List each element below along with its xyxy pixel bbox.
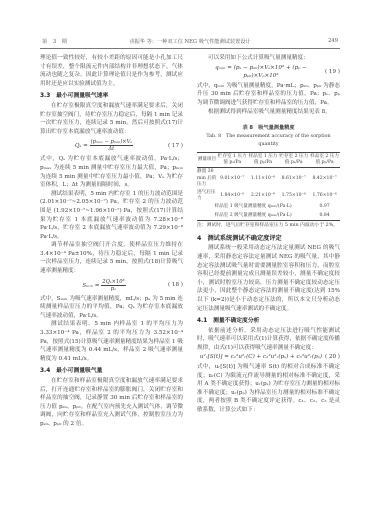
- table-summary-row: 样品室 2 吸气量测量精度 qₘᵢₙ/(Pa·L) 0.84: [197, 212, 340, 221]
- paragraph: 理论值一致性较好，有较小差距的原因可能是小孔加工尺寸有误差，整个限流元件内部结构…: [40, 54, 183, 88]
- table-cell: 1.76×10⁻⁶: [309, 189, 340, 203]
- equation-number: ( 20 ): [325, 353, 340, 362]
- table-cell: 2.21×10⁻⁶: [248, 189, 279, 203]
- left-column: 理论值一致性较好，有较小差距的原因可能是小孔加工尺寸有误差，整个限流元件内部结构…: [40, 54, 183, 429]
- column-header: 样品室 2 压力值 pₚ/Pa: [309, 152, 340, 167]
- paragraph: 测试结果表明，5 min 内样品室 1 的平均压力为 3.33×10⁻⁴ Pa，…: [40, 320, 183, 363]
- equation-number: ( 19 ): [325, 68, 340, 77]
- column-header: 贮存室 2 压力值 pₛ/Pa: [278, 152, 309, 167]
- table-cell: 1.84×10⁻⁶: [217, 189, 248, 203]
- row-label: 进气后压力: [197, 189, 217, 203]
- running-header: 第 3 期 戎振华 等：一种双工位 NEG 吸气性能测试装置设计 249: [40, 37, 340, 49]
- right-column: 可以采用如下公式计算吸气量测量精度： qₘᵢₙ = (pₛ − pₛ₀)×Vₛ×…: [197, 54, 340, 415]
- section-heading-3-3: 3.3 最小可测量吸气速率: [40, 92, 183, 101]
- fraction: 2Qₛ×10³ pₐ: [101, 279, 125, 292]
- paragraph: 在贮存室极限真空度和漏放气速率满足要求后，关闭贮存室抽空阀门，待贮存室压力稳定后…: [40, 102, 183, 136]
- equation-18: Sₘᵢₙ = 2Qₛ×10³ pₐ ( 18 ): [40, 277, 183, 294]
- denominator: pₐ: [111, 286, 116, 292]
- table-note: 注：测试时，进气后贮存室和样品室压力 5 min 内波动小于 2%。: [197, 222, 340, 229]
- paragraph: 式中，uᵣ[S(t)] 为吸气速率 S(t) 的相对合成标准不确定度；uᵣ(C)…: [197, 363, 340, 415]
- equation-19: qₘᵢₙ = (pₛ − pₛ₀)×Vₛ×10³ + (pₚ − pₚ₀)×Vₚ…: [197, 64, 340, 81]
- column-header: 样品室 1 压力值 pₚ/Pa: [248, 152, 279, 167]
- summary-label: 样品室 2 吸气量测量精度 qₘᵢₙ/(Pa·L): [197, 212, 309, 221]
- paragraph: 式中，qₘᵢₙ 为吸气量测量精度，Pa·mL；pₛ₀、pₚ₀ 为静态升压 30 …: [197, 82, 340, 108]
- page-number: 249: [328, 38, 338, 44]
- table-caption: 表 8 吸气量测量精度: [197, 124, 340, 133]
- running-title: 戎振华 等：一种双工位 NEG 吸气性能测试装置设计: [40, 38, 340, 45]
- paragraph: 测试系统一般采用动态定压法定量测试 NEG 的吸气速率，采用静态定容法定量测试 …: [197, 244, 340, 313]
- denominator: Δt: [108, 146, 114, 152]
- paragraph: 式中，Sₘᵢₙ 为吸气速率测量精度，mL/s；pₐ 为 5 min 连续测量样品…: [40, 295, 183, 321]
- equation-number: ( 17 ): [168, 142, 183, 151]
- paragraph: 调节样品室抽空阀门开合度，使样品室压力维持在 3.4×10⁻⁴ Pa±10%，待…: [40, 241, 183, 275]
- journal-page: 第 3 期 戎振华 等：一种双工位 NEG 吸气性能测试装置设计 249 理论值…: [0, 0, 380, 514]
- section-heading-4-1: 4.1 测量不确定度分析: [197, 317, 340, 326]
- table-row: 进气后压力 1.84×10⁻⁶ 2.21×10⁻⁶ 1.75×10⁻⁶ 1.76…: [197, 189, 340, 203]
- paragraph: 测试结果表明，5 min 内贮存室 1 的压力波动范围是 (2.01×10⁻⁷~…: [40, 190, 183, 242]
- summary-value: 0.84: [309, 212, 340, 221]
- equation-lhs: Sₘᵢₙ =: [82, 283, 99, 289]
- summary-label: 样品室 1 吸气量测量精度 qₘᵢₙ/(Pa·L): [197, 203, 309, 211]
- table-cell: 1.75×10⁻⁶: [278, 189, 309, 203]
- table-caption-english: Tab. 8 The measurement accuracy of the s…: [197, 133, 340, 150]
- paragraph: 根据测试得到样品室吸气量测量精度结果见表 8。: [197, 108, 340, 117]
- equation-lhs: Qₛ =: [75, 143, 88, 149]
- numerator: (pₘₐₓ − pₘᵢₙ)×Vₛ: [90, 139, 133, 146]
- table-cell: 1.11×10⁻⁶: [248, 168, 279, 189]
- column-header: 测量项目: [197, 152, 217, 167]
- table-row: 静置 30 min 后的压力 9.01×10⁻⁷ 1.11×10⁻⁶ 8.61×…: [197, 168, 340, 189]
- equation-body: qₘᵢₙ = (pₛ − pₛ₀)×Vₛ×10³ + (pₚ − pₚ₀)×Vₚ…: [197, 64, 325, 81]
- table-cell: 9.01×10⁻⁷: [217, 168, 248, 189]
- numerator: 2Qₛ×10³: [101, 279, 125, 286]
- summary-value: 0.97: [309, 203, 340, 211]
- table-summary-row: 样品室 1 吸气量测量精度 qₘᵢₙ/(Pa·L) 0.97: [197, 203, 340, 211]
- equation-17: Qₛ = (pₘₐₓ − pₘᵢₙ)×Vₛ Δt ( 17 ): [40, 137, 183, 154]
- paragraph: 式中，Qₛ 为贮存室本底漏放气速率波动值，Pa·L/s；pₘₐₓ 为连续 5 m…: [40, 155, 183, 189]
- section-heading-3-4: 3.4 最小可测量吸气量: [40, 367, 183, 376]
- equation-body: u²ᵣ[S(t)] = c₁²u²ᵣ(C) + c₂²u²ᵣ(pₛ) + c₃²…: [197, 353, 325, 362]
- equation-20: u²ᵣ[S(t)] = c₁²u²ᵣ(C) + c₂²u²ᵣ(pₛ) + c₃²…: [197, 353, 340, 362]
- paragraph: 依据前述分析，采用动态定压法进行吸气性能测试时，吸气速率可以采用式(1)计算获得…: [197, 327, 340, 353]
- paragraph: 在贮存室和样品室极限真空度和漏放气速率满足要求后，打开连通贮存室和样品室的膨胀阀…: [40, 377, 183, 429]
- table-8: 测量项目 贮存室 1 压力值 pₛ/Pa 样品室 1 压力值 pₚ/Pa 贮存室…: [197, 152, 340, 221]
- section-heading-4: 4 测试系统测试不确定度评定: [197, 235, 340, 244]
- paragraph: 可以采用如下公式计算吸气量测量精度：: [197, 54, 340, 63]
- table-cell: 8.42×10⁻⁷: [309, 168, 340, 189]
- row-label: 静置 30 min 后的压力: [197, 168, 217, 189]
- table-cell: 8.61×10⁻⁷: [278, 168, 309, 189]
- column-header: 贮存室 1 压力值 pₛ/Pa: [217, 152, 248, 167]
- fraction: (pₘₐₓ − pₘᵢₙ)×Vₛ Δt: [90, 139, 133, 152]
- equation-number: ( 18 ): [168, 281, 183, 290]
